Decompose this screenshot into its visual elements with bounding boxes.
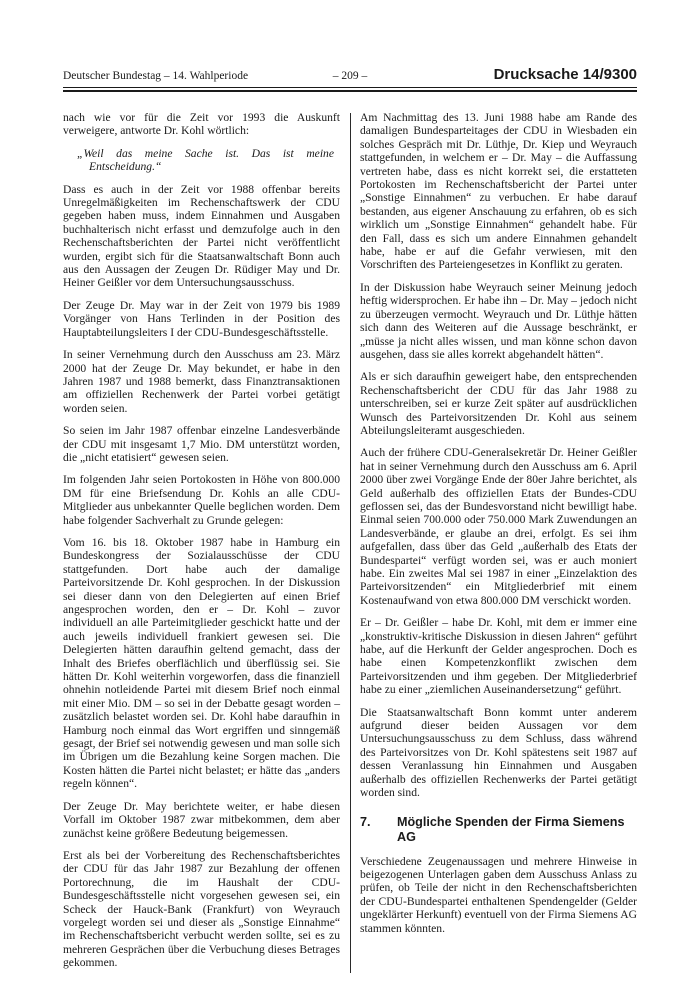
paragraph: Er – Dr. Geißler – habe Dr. Kohl, mit de…: [360, 616, 637, 696]
header-chamber-label: Deutscher Bundestag – 14. Wahlperiode: [63, 70, 333, 82]
paragraph: Am Nachmittag des 13. Juni 1988 habe am …: [360, 111, 637, 272]
paragraph: Die Staatsanwaltschaft Bonn kommt unter …: [360, 706, 637, 800]
section-title: Mögliche Spenden der Firma Siemens AG: [397, 815, 637, 845]
section-heading: 7.Mögliche Spenden der Firma Siemens AG: [360, 815, 637, 845]
document-page: Deutscher Bundestag – 14. Wahlperiode – …: [0, 0, 700, 990]
paragraph: Im folgenden Jahr seien Portokosten in H…: [63, 473, 340, 527]
quote-paragraph: „Weil das meine Sache ist. Das ist meine…: [63, 147, 340, 174]
paragraph: Verschiedene Zeugenaussagen und mehrere …: [360, 855, 637, 935]
left-column: nach wie vor für die Zeit vor 1993 die A…: [63, 111, 340, 979]
column-divider: [350, 113, 351, 973]
paragraph: nach wie vor für die Zeit vor 1993 die A…: [63, 111, 340, 138]
page-header: Deutscher Bundestag – 14. Wahlperiode – …: [63, 66, 637, 83]
paragraph: Der Zeuge Dr. May war in der Zeit von 19…: [63, 299, 340, 339]
paragraph: So seien im Jahr 1987 offenbar einzelne …: [63, 424, 340, 464]
paragraph: Der Zeuge Dr. May berichtete weiter, er …: [63, 800, 340, 840]
paragraph: In seiner Vernehmung durch den Ausschuss…: [63, 348, 340, 415]
paragraph: Als er sich daraufhin geweigert habe, de…: [360, 370, 637, 437]
header-page-number: – 209 –: [333, 70, 368, 82]
section-number: 7.: [360, 815, 397, 845]
right-column: Am Nachmittag des 13. Juni 1988 habe am …: [360, 111, 637, 979]
paragraph: Vom 16. bis 18. Oktober 1987 habe in Ham…: [63, 536, 340, 791]
content-columns: nach wie vor für die Zeit vor 1993 die A…: [63, 111, 637, 979]
paragraph: Auch der frühere CDU-Generalsekretär Dr.…: [360, 446, 637, 607]
paragraph: Dass es auch in der Zeit vor 1988 offenb…: [63, 183, 340, 290]
header-doc-number: Drucksache 14/9300: [367, 66, 637, 83]
paragraph: Erst als bei der Vorbereitung des Rechen…: [63, 849, 340, 970]
paragraph: In der Diskussion habe Weyrauch seiner M…: [360, 281, 637, 361]
header-rule: [63, 87, 637, 92]
